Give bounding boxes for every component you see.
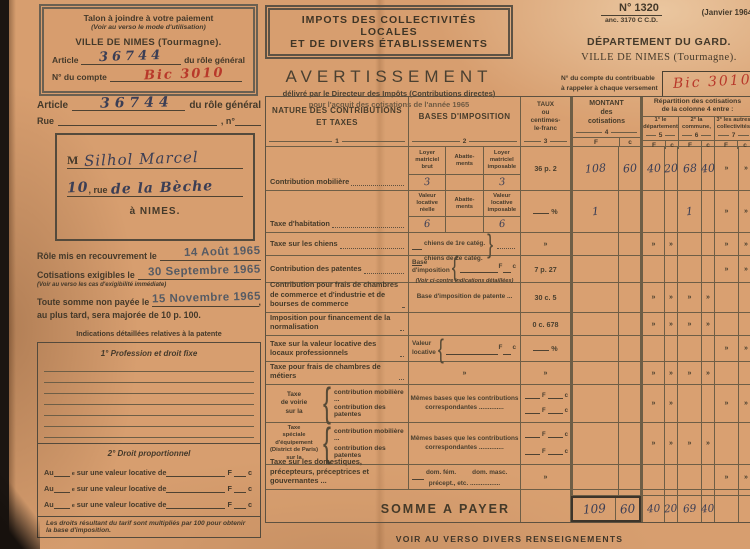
centimes-label: c — [565, 393, 568, 399]
ditto-mark: » — [669, 400, 673, 407]
street-number-underline — [235, 115, 261, 126]
dotted-leader — [402, 296, 404, 308]
header-bases-label: BASES D'IMPOSITION — [409, 97, 520, 137]
street-label: Rue — [37, 116, 54, 126]
bases-text: Base d'imposition de patente ... — [417, 293, 513, 301]
article-line: Article 36744 du rôle général — [37, 97, 261, 111]
value-handwritten: 3 — [498, 177, 505, 189]
ditto-mark: » — [706, 370, 710, 377]
late-penalty-line: au plus tard, sera majorée de 10 p. 100. — [37, 310, 261, 320]
francs-label: F — [542, 408, 546, 414]
ditto-mark: » — [744, 208, 748, 215]
role-date-label: Rôle mis en recouvrement le — [37, 251, 157, 261]
au-mid: sur une valeur locative de — [77, 484, 167, 493]
brace-icon: { — [323, 383, 331, 424]
patente-blank-line — [44, 405, 254, 416]
blank — [548, 433, 563, 438]
taux-blank — [533, 346, 549, 352]
au-mid: sur une valeur locative de — [77, 468, 167, 477]
talon-article-underline: 36744 — [81, 53, 181, 65]
account-value-box: Bic 3010 — [662, 71, 750, 97]
ditto-mark: » — [744, 400, 748, 407]
commune-francs-handwritten: 68 — [682, 162, 697, 176]
taux-value: 7 p. 27 — [534, 265, 556, 274]
header-autres-label: 3° les autres collectivités — [715, 117, 750, 131]
ditto-mark: » — [688, 321, 692, 328]
taux-value: 30 c. 5 — [535, 293, 557, 302]
blank — [525, 450, 540, 455]
montant-centimes-handwritten: 60 — [622, 162, 637, 176]
row-taxe-domestiques: Taxe sur les domestiques, précepteurs, p… — [266, 465, 750, 490]
header-taux: TAUX ou centimes- le-franc 3 — [521, 97, 571, 147]
blank — [503, 261, 511, 274]
somme-commune-centimes: 40 — [701, 503, 715, 516]
avertissement-title: AVERTISSEMENT — [265, 67, 513, 87]
commune-centimes-handwritten: 40 — [701, 162, 716, 176]
row-label: Contribution pour frais de chambres de c… — [270, 280, 400, 309]
patente-box: 1° Profession et droit fixe 2° Droit pro… — [37, 342, 261, 538]
column-number-3: 3 — [521, 137, 570, 146]
ditto-mark: » — [652, 400, 656, 407]
column-number-7: 7 — [715, 131, 750, 140]
role-date-stamp: 14 Août 1965 — [184, 245, 261, 259]
header-departement: 1° le département 5 F c — [643, 117, 679, 149]
centimes-label: c — [512, 344, 516, 352]
bases-label: Valeur locative — [412, 340, 436, 357]
ditto-mark: » — [744, 165, 748, 172]
somme-a-payer-row: SOMME A PAYER 109 60 40 20 69 40 — [266, 496, 750, 522]
talon-title: Talon à joindre à votre paiement — [52, 13, 245, 23]
account-label: N° du compte du contribuable à rappeler … — [561, 74, 658, 94]
form-title-line2: ET DE DIVERS ÉTABLISSEMENTS — [272, 38, 506, 50]
addressee-name-line: M Silhol Marcel — [67, 145, 243, 169]
blank — [446, 342, 498, 355]
header-montant-fc: F c — [573, 137, 640, 146]
masthead-center: IMPOTS DES COLLECTIVITÉS LOCALES ET DE D… — [265, 5, 513, 109]
patente-blank-line — [44, 416, 254, 427]
addressee-name-handwritten: Silhol Marcel — [84, 148, 199, 170]
contributions-table: NATURE DES CONTRIBUTIONS ET TAXES 1 BASE… — [265, 96, 750, 523]
column-number-4: 4 — [573, 128, 640, 137]
row-chambres-metiers: Taxe pour frais de chambres de métiers »… — [266, 362, 750, 385]
francs-label: F — [499, 344, 503, 352]
francs-label: F — [227, 500, 231, 509]
patente-note: Les droits résultant du tarif sont multi… — [38, 516, 260, 537]
dotted-leader — [400, 345, 404, 357]
value-handwritten: 6 — [424, 219, 431, 231]
droit-proportionnel-line: Au e sur une valeur locative de F c — [44, 484, 254, 493]
subcol-valeur-imposable: Valeur locative imposable — [484, 191, 520, 217]
ditto-mark: » — [706, 321, 710, 328]
somme-francs-handwritten: 109 — [582, 501, 606, 517]
header-commune: 2° la commune, 6 F c — [679, 117, 715, 149]
au-value-blank — [166, 471, 225, 477]
ditto-mark: » — [725, 474, 729, 481]
addressee-street-line: 10 , rue de la Bèche — [67, 169, 243, 197]
header-autres-collectivites: 3° les autres collectivités 7 F c — [715, 117, 750, 149]
column-number-2: 2 — [409, 137, 520, 146]
francs-label: F — [227, 468, 231, 477]
dotted-leader — [399, 368, 404, 380]
blank — [525, 394, 540, 399]
taux-value: 0 c. 678 — [533, 320, 559, 329]
row-taxe-chiens: Taxe sur les chiens chiens de 1re catég.… — [266, 233, 750, 256]
centimes-label: c — [248, 484, 252, 493]
blank — [548, 394, 563, 399]
sub-item: contribution des patentes — [334, 404, 406, 418]
patente-blank-line — [44, 372, 254, 383]
ditto-mark: » — [463, 370, 467, 377]
ditto-mark: » — [725, 400, 729, 407]
ditto-mark: » — [652, 440, 656, 447]
ditto-mark: » — [688, 294, 692, 301]
bases-label: Base d'imposition — [412, 259, 450, 276]
blank — [503, 342, 511, 355]
francs-label: F — [499, 263, 503, 271]
row-label: Taxe sur la valeur locative des locaux p… — [270, 339, 398, 358]
scanned-tax-form: { "talon": { "line1": "Talon à joindre à… — [0, 0, 750, 549]
ditto-mark: » — [744, 474, 748, 481]
brace-icon: { — [452, 254, 458, 281]
patente-blank-line — [44, 394, 254, 405]
ditto-mark: » — [744, 345, 748, 352]
somme-montant-box: 109 60 — [571, 496, 641, 522]
street-name-handwritten: de la Bèche — [110, 178, 213, 198]
patente-heading: Indications détaillées relatives à la pa… — [37, 329, 261, 338]
bases-line: chiens de 1re catég. — [424, 240, 485, 248]
talon-box: Talon à joindre à votre paiement (Voir a… — [39, 4, 258, 96]
left-column: Article 36744 du rôle général Rue , n° M… — [37, 97, 261, 538]
dotted-leader — [497, 238, 515, 250]
form-title-line1: IMPOTS DES COLLECTIVITÉS LOCALES — [272, 14, 506, 38]
centimes-header: c — [620, 138, 640, 146]
ditto-mark: » — [669, 241, 673, 248]
bases-subtable: Loyer matriciel brut3 Abatte- ments Loye… — [409, 147, 520, 190]
somme-departement-centimes: 20 — [664, 503, 678, 516]
ditto-mark: » — [669, 440, 673, 447]
au-f-blank — [234, 471, 246, 477]
au-value-blank — [166, 503, 225, 509]
ditto-mark: » — [669, 294, 673, 301]
bases-line: précept., etc. ................. — [429, 480, 500, 488]
taux-blank — [533, 209, 549, 215]
talon-account-underline: Bic 3010 — [110, 70, 242, 82]
form-number-block: N° 1320 anc. 3170 C C.D. (Janvier 1964) — [561, 2, 750, 28]
francs-label: F — [542, 432, 546, 438]
subcol-valeur-reelle: Valeur locative réelle — [409, 191, 445, 217]
header-bases: BASES D'IMPOSITION 2 — [409, 97, 521, 147]
sub-item: contribution mobilière ... — [334, 428, 406, 442]
francs-label: F — [542, 449, 546, 455]
blank — [548, 409, 563, 414]
departement-title: DÉPARTEMENT DU GARD. — [561, 36, 750, 48]
taux-value: 36 p. 2 — [534, 164, 556, 173]
au-mid: sur une valeur locative de — [77, 500, 167, 509]
blank — [412, 238, 422, 251]
subcol-abattements: Abatte- ments — [446, 147, 482, 175]
blank — [525, 433, 540, 438]
row-chambres-commerce: Contribution pour frais de chambres de c… — [266, 283, 750, 313]
ditto-mark: » — [652, 370, 656, 377]
subcol-loyer-brut: Loyer matriciel brut — [409, 147, 445, 175]
somme-departement-francs: 40 — [646, 503, 660, 516]
sub-item: contribution mobilière ... — [334, 389, 406, 403]
paper-background: Talon à joindre à votre paiement (Voir a… — [9, 0, 750, 549]
dates-block: Rôle mis en recouvrement le 14 Août 1965… — [37, 251, 261, 320]
departement-centimes-handwritten: 20 — [664, 162, 679, 176]
header-commune-label: 2° la commune, — [679, 117, 714, 131]
article-value-handwritten: 36744 — [100, 94, 174, 111]
talon-article-suffix: du rôle général — [184, 55, 245, 65]
dotted-leader — [400, 319, 404, 331]
row-taxe-habitation: Taxe d'habitation Valeur locative réelle… — [266, 191, 750, 233]
ditto-mark: » — [706, 294, 710, 301]
bases-text: Mêmes bases que les contributions corres… — [411, 435, 519, 452]
article-suffix: du rôle général — [189, 100, 261, 111]
talon-subtitle: (Voir au verso le mode d'utilisation) — [52, 24, 245, 31]
header-nature: NATURE DES CONTRIBUTIONS ET TAXES 1 — [266, 97, 409, 147]
header-montant: MONTANT des cotisations 4 F c — [571, 97, 641, 147]
ditto-mark: » — [744, 241, 748, 248]
header-nature-label: NATURE DES CONTRIBUTIONS ET TAXES — [266, 97, 408, 137]
centimes-label: c — [248, 500, 252, 509]
au-blank — [54, 503, 70, 509]
value-handwritten: 6 — [498, 219, 505, 231]
street-line: Rue , n° — [37, 115, 261, 126]
header-repartition-columns: 1° le département 5 F c 2° la commune, 6… — [643, 117, 750, 149]
late-date-line: Toute somme non payée le 15 Novembre 196… — [37, 297, 261, 307]
brace-icon: { — [438, 335, 444, 362]
dotted-leader — [364, 263, 404, 275]
account-label-line1: N° du compte du contribuable — [561, 74, 658, 84]
centimes-label: c — [565, 408, 568, 414]
form-previous-number: anc. 3170 C C.D. — [601, 15, 662, 24]
au-blank — [54, 487, 70, 493]
francs-label: F — [542, 393, 546, 399]
due-date-note: (Voir au verso les cas d'exigibilité imm… — [37, 282, 261, 288]
au-f-blank — [234, 503, 246, 509]
bases-subtable: Valeur locative réelle6 Abatte- ments Va… — [409, 191, 520, 232]
ditto-mark: » — [725, 266, 729, 273]
header-departement-label: 1° le département — [643, 117, 678, 131]
addressee-box: M Silhol Marcel 10 , rue de la Bèche à N… — [55, 133, 255, 241]
ditto-mark: » — [652, 321, 656, 328]
dotted-leader — [340, 238, 404, 250]
street-number-handwritten: 10 — [67, 180, 89, 197]
departement-francs-handwritten: 40 — [646, 162, 661, 176]
blank — [412, 467, 424, 480]
talon-article-value-handwritten: 36744 — [99, 48, 165, 65]
centimes-label: c — [565, 449, 568, 455]
row-label: Taxe pour frais de chambres de métiers — [270, 362, 397, 381]
row-normalisation: Imposition pour financement de la normal… — [266, 313, 750, 336]
row-label: Taxe sur les domestiques, précepteurs, p… — [270, 457, 406, 486]
patente-blank-line — [44, 361, 254, 372]
blank — [525, 409, 540, 414]
bases-text: Mêmes bases que les contributions corres… — [411, 395, 519, 412]
patente-blank-line — [44, 427, 254, 438]
header-montant-label: MONTANT des cotisations — [573, 97, 640, 128]
row-label: Taxe sur les chiens — [270, 239, 338, 249]
talon-account-label: N° du compte — [52, 72, 107, 82]
ditto-mark: » — [725, 208, 729, 215]
ville-title: VILLE DE NIMES (Tourmagne). — [561, 52, 750, 63]
header-repartition: Répartition des cotisations de la colonn… — [641, 97, 750, 147]
table-header: NATURE DES CONTRIBUTIONS ET TAXES 1 BASE… — [266, 97, 750, 147]
au-label: Au — [44, 484, 54, 493]
ditto-mark: » — [744, 266, 748, 273]
subcol-loyer-imposable: Loyer matriciel imposable — [484, 147, 520, 175]
account-label-line2: à rappeler à chaque versement — [561, 84, 658, 94]
au-blank — [54, 471, 70, 477]
row-label: Contribution mobilière — [270, 177, 349, 187]
verso-note: VOIR AU VERSO DIVERS RENSEIGNEMENTS — [265, 534, 750, 544]
masthead-right: N° 1320 anc. 3170 C C.D. (Janvier 1964) … — [561, 2, 750, 97]
value-handwritten: 3 — [424, 177, 431, 189]
role-date-line: Rôle mis en recouvrement le 14 Août 1965 — [37, 251, 261, 261]
ditto-mark: » — [688, 440, 692, 447]
article-underline: 36744 — [72, 97, 185, 111]
francs-header: F — [573, 138, 620, 146]
montant-francs-handwritten: 1 — [592, 205, 600, 218]
article-label: Article — [37, 100, 68, 111]
talon-account-line: N° du compte Bic 3010 — [52, 70, 245, 82]
brace-icon: } — [487, 231, 493, 258]
dotted-leader — [332, 216, 404, 228]
form-title-box: IMPOTS DES COLLECTIVITÉS LOCALES ET DE D… — [265, 5, 513, 59]
talon-article-label: Article — [52, 55, 78, 65]
blank — [548, 450, 563, 455]
addressee-city: à NIMES. — [67, 206, 243, 217]
patente-divider — [38, 443, 260, 444]
au-label: Au — [44, 468, 54, 477]
ditto-mark: » — [725, 165, 729, 172]
au-value-blank — [166, 487, 225, 493]
au-sup: e — [72, 487, 75, 493]
somme-commune-francs: 69 — [682, 503, 696, 516]
droit-proportionnel-line: Au e sur une valeur locative de F c — [44, 500, 254, 509]
ditto-mark: » — [544, 370, 548, 377]
column-number-6: 6 — [679, 131, 714, 140]
scan-corner-shadow — [0, 471, 40, 549]
centimes-label: c — [512, 263, 516, 271]
taux-value: % — [551, 344, 557, 353]
row-contribution-mobiliere: Contribution mobilière Loyer matriciel b… — [266, 147, 750, 191]
ditto-mark: » — [652, 241, 656, 248]
account-block: N° du compte du contribuable à rappeler … — [561, 71, 750, 97]
ditto-mark: » — [544, 241, 548, 248]
row-label: Imposition pour financement de la normal… — [270, 313, 398, 332]
street-word: , rue — [88, 185, 107, 195]
row-contribution-patentes: Contribution des patentes Base d'imposit… — [266, 256, 750, 283]
form-edition-date: (Janvier 1964) — [702, 8, 750, 17]
ditto-mark: » — [725, 241, 729, 248]
droit-proportionnel-line: Au e sur une valeur locative de F c — [44, 468, 254, 477]
talon-article-line: Article 36744 du rôle général — [52, 53, 245, 65]
row-label: Contribution des patentes — [270, 264, 362, 274]
bases-line: dom. fém. dom. masc. — [426, 469, 507, 477]
ditto-mark: » — [706, 440, 710, 447]
subcol-abattements: Abatte- ments — [446, 191, 482, 217]
ditto-mark: » — [544, 474, 548, 481]
column-number-5: 5 — [643, 131, 678, 140]
due-date-line: Cotisations exigibles le 30 Septembre 19… — [37, 270, 261, 280]
talon-city: VILLE DE NIMES (Tourmagne). — [52, 37, 245, 48]
ditto-mark: » — [669, 370, 673, 377]
late-date-label: Toute somme non payée le — [37, 297, 149, 307]
au-sup: e — [72, 471, 75, 477]
talon-account-value-handwritten: Bic 3010 — [144, 66, 225, 84]
header-taux-label: TAUX ou centimes- le-franc — [521, 97, 570, 137]
centimes-label: c — [248, 468, 252, 477]
ditto-mark: » — [688, 370, 692, 377]
au-label: Au — [44, 500, 54, 509]
montant-francs-handwritten: 108 — [585, 161, 607, 175]
account-value-handwritten: Bic 3010 — [672, 72, 750, 92]
commune-francs-handwritten: 1 — [686, 205, 694, 218]
patente-blank-line — [44, 383, 254, 394]
patente-section2-title: 2° Droit proportionnel — [44, 449, 254, 458]
header-repartition-title: Répartition des cotisations de la colonn… — [643, 97, 750, 117]
row-title: Taxe de voirie sur la — [268, 391, 320, 416]
ditto-mark: » — [725, 345, 729, 352]
row-label: Taxe d'habitation — [270, 219, 330, 229]
ditto-mark: » — [652, 294, 656, 301]
dotted-leader — [351, 174, 404, 186]
taux-value: % — [551, 207, 557, 216]
au-f-blank — [234, 487, 246, 493]
form-number: N° 1320 — [619, 2, 659, 14]
civility-label: M — [67, 153, 78, 168]
street-underline — [58, 115, 217, 126]
street-number-label: , n° — [221, 116, 235, 126]
somme-centimes-handwritten: 60 — [619, 501, 635, 516]
ditto-mark: » — [669, 321, 673, 328]
somme-label: SOMME A PAYER — [266, 496, 521, 522]
au-sup: e — [72, 503, 75, 509]
blank — [460, 261, 498, 274]
due-date-label: Cotisations exigibles le — [37, 270, 135, 280]
row-taxe-voirie: Taxe de voirie sur la { contribution mob… — [266, 385, 750, 423]
francs-label: F — [227, 484, 231, 493]
centimes-label: c — [565, 432, 568, 438]
row-locaux-professionnels: Taxe sur la valeur locative des locaux p… — [266, 336, 750, 362]
column-number-1: 1 — [266, 137, 408, 146]
patente-section1-title: 1° Profession et droit fixe — [44, 349, 254, 358]
